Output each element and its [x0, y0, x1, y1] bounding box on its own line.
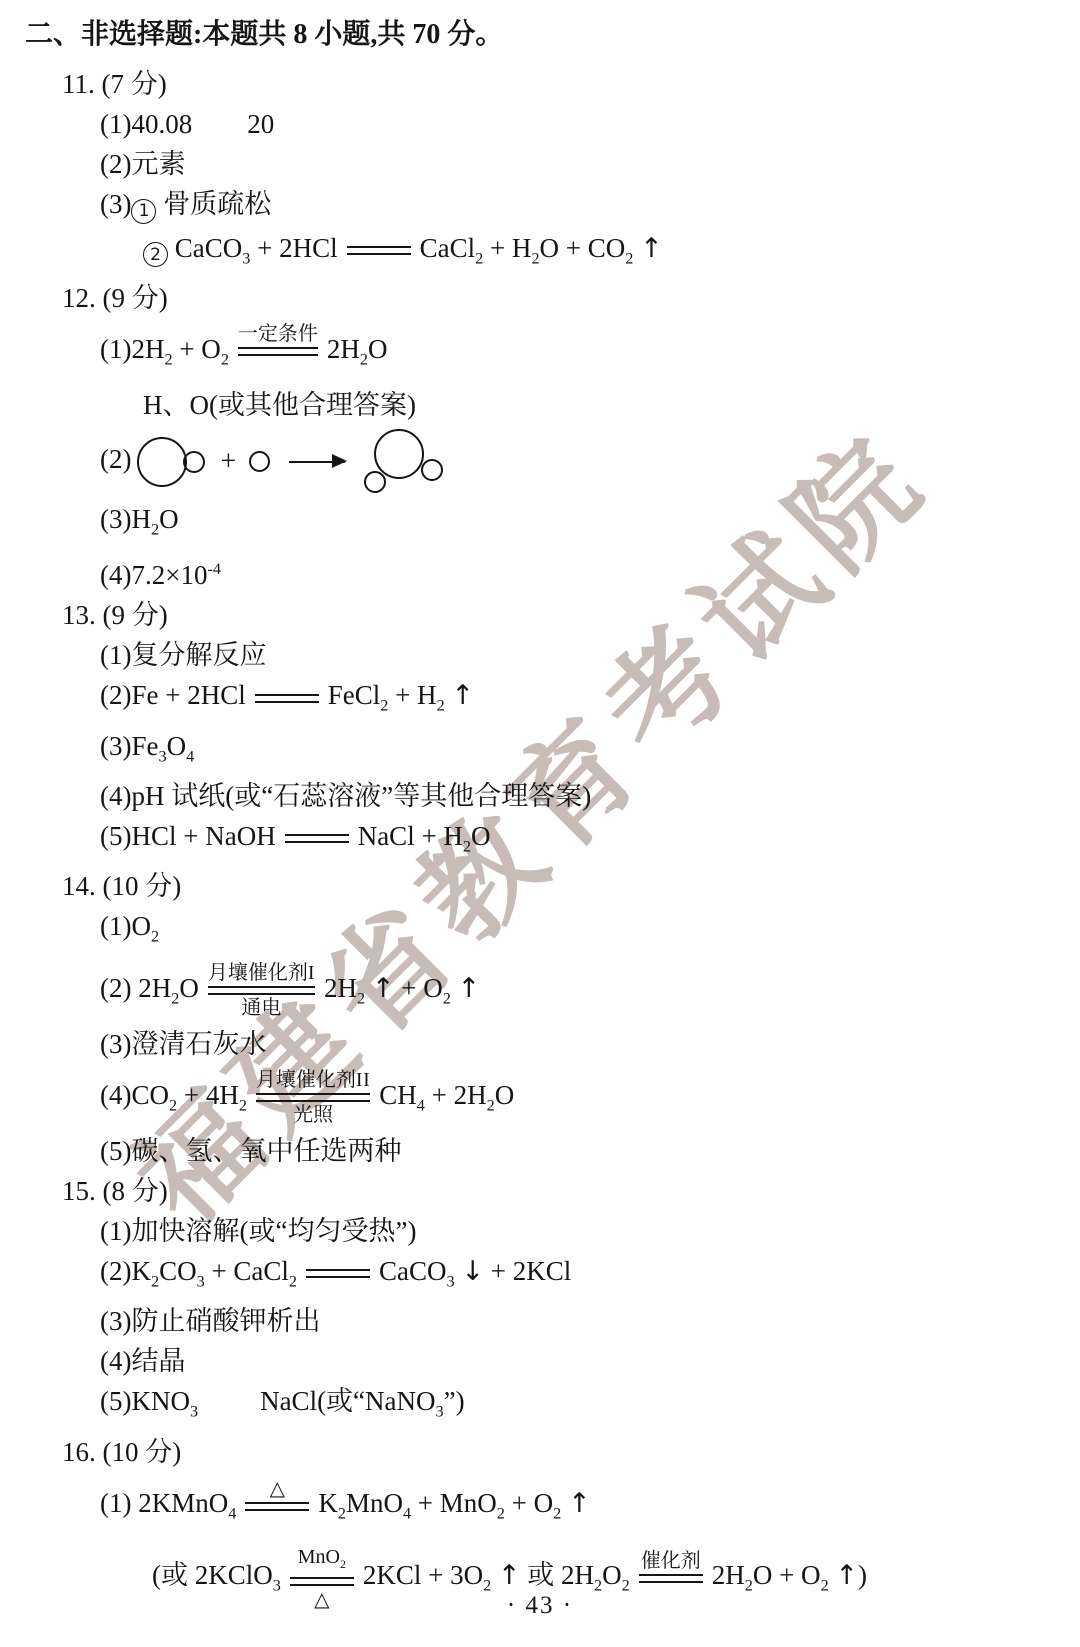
formula-text: (2) 2H2O: [100, 973, 199, 1003]
atom-circle-small: [421, 459, 443, 481]
answer-11-1: (1)40.0820: [0, 108, 1080, 140]
atom-circle-large: [137, 437, 187, 487]
formula-text: (1)40.08: [100, 109, 192, 139]
reaction-condition-below: 光照: [293, 1103, 333, 1127]
up-arrow-icon: ↑: [835, 1560, 858, 1591]
answer-13-3: (3)Fe3O4: [0, 730, 1080, 772]
atom-circle-small: [364, 471, 386, 493]
equals-bars: [285, 834, 349, 843]
formula-text: K2MnO4 + MnO2 + O2 ↑: [318, 1488, 590, 1518]
section-heading: 二、非选择题:本题共 8 小题,共 70 分。: [0, 16, 1080, 54]
reaction-condition-above: 月壤催化剂I: [208, 961, 315, 985]
equals-bars: [639, 1574, 703, 1583]
plus-sign: +: [220, 446, 236, 478]
double-bond-equals-sign: [285, 833, 349, 844]
heat-triangle-icon: △: [270, 1476, 285, 1500]
answer-14-3: (3)澄清石灰水: [0, 1028, 1080, 1060]
formula-text: (3)1 骨质疏松: [100, 189, 271, 219]
formula-text: (1)加快溶解(或“均匀受热”): [100, 1216, 416, 1246]
formula-text: (3)澄清石灰水: [100, 1029, 266, 1059]
formula-text: (1)O2: [100, 911, 159, 941]
question-15-header: 15. (8 分): [0, 1175, 1080, 1207]
reactant-molecule: [137, 435, 207, 489]
lone-atom-circle: [249, 451, 270, 472]
formula-text: CaCO3 ↓ + 2KCl: [379, 1256, 571, 1286]
answer-12-1b: H、O(或其他合理答案): [0, 389, 1080, 421]
formula-text: 2KCl + 3O2 ↑ 或 2H2O2: [363, 1560, 630, 1590]
up-arrow-icon: ↑: [498, 1560, 521, 1591]
answer-13-4: (4)pH 试纸(或“石蕊溶液”等其他合理答案): [0, 780, 1080, 812]
formula-text: 15. (8 分): [62, 1176, 168, 1206]
question-14-header: 14. (10 分): [0, 870, 1080, 902]
double-bond-equals-sign: △△: [245, 1476, 309, 1537]
up-arrow-icon: ↑: [372, 973, 395, 1004]
answer-14-5: (5)碳、氢、氧中任选两种: [0, 1135, 1080, 1167]
formula-text: 11. (7 分): [62, 69, 167, 99]
answer-15-5: (5)KNO3NaCl(或“NaNO3”): [0, 1385, 1080, 1427]
equals-bars: [290, 1577, 354, 1586]
formula-text: CH4 + 2H2O: [379, 1080, 514, 1110]
circled-2-icon: 2: [143, 242, 168, 267]
formula-text: H、O(或其他合理答案): [143, 390, 416, 420]
answer-13-1: (1)复分解反应: [0, 639, 1080, 671]
atom-circle-large: [374, 429, 424, 479]
formula-text: (3)Fe3O4: [100, 731, 194, 761]
formula-text: (或 2KClO3: [152, 1560, 281, 1590]
double-bond-equals-sign: [347, 245, 411, 256]
equals-bars: [347, 246, 411, 255]
formula-text: 2H2O: [327, 334, 388, 364]
molecule-diagram: +: [137, 429, 444, 495]
product-molecule: [364, 429, 444, 495]
formula-text: FeCl2 + H2 ↑: [328, 680, 474, 710]
double-bond-equals-sign: 月壤催化剂I通电: [208, 961, 315, 1020]
formula-text: (1) 2KMnO4: [100, 1488, 236, 1518]
circled-1-icon: 1: [131, 199, 156, 224]
formula-text: (5)KNO3: [100, 1386, 198, 1416]
formula-text: (5)HCl + NaOH: [100, 821, 276, 851]
formula-text: 12. (9 分): [62, 283, 168, 313]
answer-13-5: (5)HCl + NaOHNaCl + H2O: [0, 820, 1080, 862]
answer-14-4: (4)CO2 + 4H2月壤催化剂II光照CH4 + 2H2O: [0, 1068, 1080, 1127]
reaction-condition-above: MnO2: [298, 1545, 346, 1576]
formula-text: (1)复分解反应: [100, 640, 266, 670]
answer-blank-gap: [192, 132, 247, 133]
atom-circle-small: [183, 451, 205, 473]
answer-12-1a: (1)2H2 + O2一定条件一定条件2H2O: [0, 322, 1080, 381]
formula-text: (2)元素: [100, 149, 185, 179]
double-bond-equals-sign: [255, 693, 319, 704]
formula-text: (2)Fe + 2HCl: [100, 680, 246, 710]
reaction-arrow-icon: [289, 461, 345, 464]
up-arrow-icon: ↑: [458, 973, 481, 1004]
formula-text: (2): [100, 444, 131, 474]
answer-13-2: (2)Fe + 2HClFeCl2 + H2 ↑: [0, 679, 1080, 721]
answer-key-page: 福建省教育考试院 二、非选择题:本题共 8 小题,共 70 分。 11. (7 …: [0, 0, 1080, 1647]
equals-bars: [238, 347, 318, 356]
answer-14-1: (1)O2: [0, 910, 1080, 952]
formula-text: (1)2H2 + O2: [100, 334, 229, 364]
up-arrow-icon: ↑: [640, 233, 663, 264]
double-bond-equals-sign: 月壤催化剂II光照: [256, 1068, 370, 1127]
answer-16-1a: (1) 2KMnO4△△K2MnO4 + MnO2 + O2 ↑: [0, 1476, 1080, 1537]
down-arrow-icon: ↓: [461, 1256, 484, 1287]
answer-11-3-1: (3)1 骨质疏松: [0, 188, 1080, 224]
formula-text: (2)K2CO3 + CaCl2: [100, 1256, 297, 1286]
formula-text: (5)碳、氢、氧中任选两种: [100, 1136, 401, 1166]
answer-12-2: (2)+: [0, 429, 1080, 495]
formula-text: 14. (10 分): [62, 871, 181, 901]
equals-bars: [306, 1269, 370, 1278]
formula-text: NaCl(或“NaNO3”): [260, 1386, 465, 1416]
up-arrow-icon: ↑: [451, 680, 474, 711]
answer-11-2: (2)元素: [0, 148, 1080, 180]
answer-15-2: (2)K2CO3 + CaCl2CaCO3 ↓ + 2KCl: [0, 1255, 1080, 1297]
formula-text: 2 CaCO3 + 2HCl: [143, 233, 338, 263]
formula-text: 16. (10 分): [62, 1437, 181, 1467]
equals-bars: [255, 694, 319, 703]
formula-text: (3)H2O: [100, 504, 179, 534]
formula-text: (4)7.2×10-4: [100, 560, 221, 590]
formula-text: 13. (9 分): [62, 600, 168, 630]
answer-15-3: (3)防止硝酸钾析出: [0, 1305, 1080, 1337]
question-12-header: 12. (9 分): [0, 282, 1080, 314]
double-bond-equals-sign: 一定条件一定条件: [238, 322, 318, 381]
formula-text: NaCl + H2O: [358, 821, 491, 851]
formula-text: CaCl2 + H2O + CO2 ↑: [420, 233, 663, 263]
reaction-condition-above: △: [270, 1476, 285, 1501]
question-16-header: 16. (10 分): [0, 1436, 1080, 1468]
formula-text: (4)pH 试纸(或“石蕊溶液”等其他合理答案): [100, 781, 591, 811]
reaction-condition-above: 一定条件: [238, 322, 318, 346]
answer-12-4: (4)7.2×10-4: [0, 553, 1080, 591]
question-13-header: 13. (9 分): [0, 599, 1080, 631]
reaction-condition-below: 通电: [241, 996, 281, 1020]
reaction-condition-above: 月壤催化剂II: [256, 1068, 370, 1092]
answer-14-2: (2) 2H2O月壤催化剂I通电2H2 ↑ + O2 ↑: [0, 961, 1080, 1020]
roman-numeral-2: II: [356, 1069, 370, 1091]
reaction-condition-above: 催化剂: [641, 1549, 701, 1573]
double-bond-equals-sign: [306, 1268, 370, 1279]
page-number: · 43 ·: [0, 1592, 1080, 1620]
up-arrow-icon: ↑: [568, 1488, 591, 1519]
answer-blank-gap: [198, 1409, 260, 1410]
equals-bars: [245, 1502, 309, 1511]
roman-numeral-1: I: [308, 962, 315, 984]
answer-lines: 11. (7 分)(1)40.0820(2)元素(3)1 骨质疏松2 CaCO3…: [0, 68, 1080, 1612]
equals-bars: [256, 1093, 370, 1102]
answer-15-4: (4)结晶: [0, 1345, 1080, 1377]
formula-text: 20: [247, 109, 274, 139]
answer-11-3-2: 2 CaCO3 + 2HClCaCl2 + H2O + CO2 ↑: [0, 232, 1080, 274]
answer-12-3: (3)H2O: [0, 503, 1080, 545]
formula-text: (3)防止硝酸钾析出: [100, 1306, 320, 1336]
formula-text: (4)结晶: [100, 1346, 185, 1376]
answer-content: 二、非选择题:本题共 8 小题,共 70 分。 11. (7 分)(1)40.0…: [0, 0, 1080, 1612]
formula-text: (4)CO2 + 4H2: [100, 1080, 247, 1110]
question-11-header: 11. (7 分): [0, 68, 1080, 100]
answer-15-1: (1)加快溶解(或“均匀受热”): [0, 1215, 1080, 1247]
formula-text: 2H2 ↑ + O2 ↑: [324, 973, 480, 1003]
equals-bars: [208, 986, 315, 995]
formula-text: 2H2O + O2 ↑): [712, 1560, 867, 1590]
